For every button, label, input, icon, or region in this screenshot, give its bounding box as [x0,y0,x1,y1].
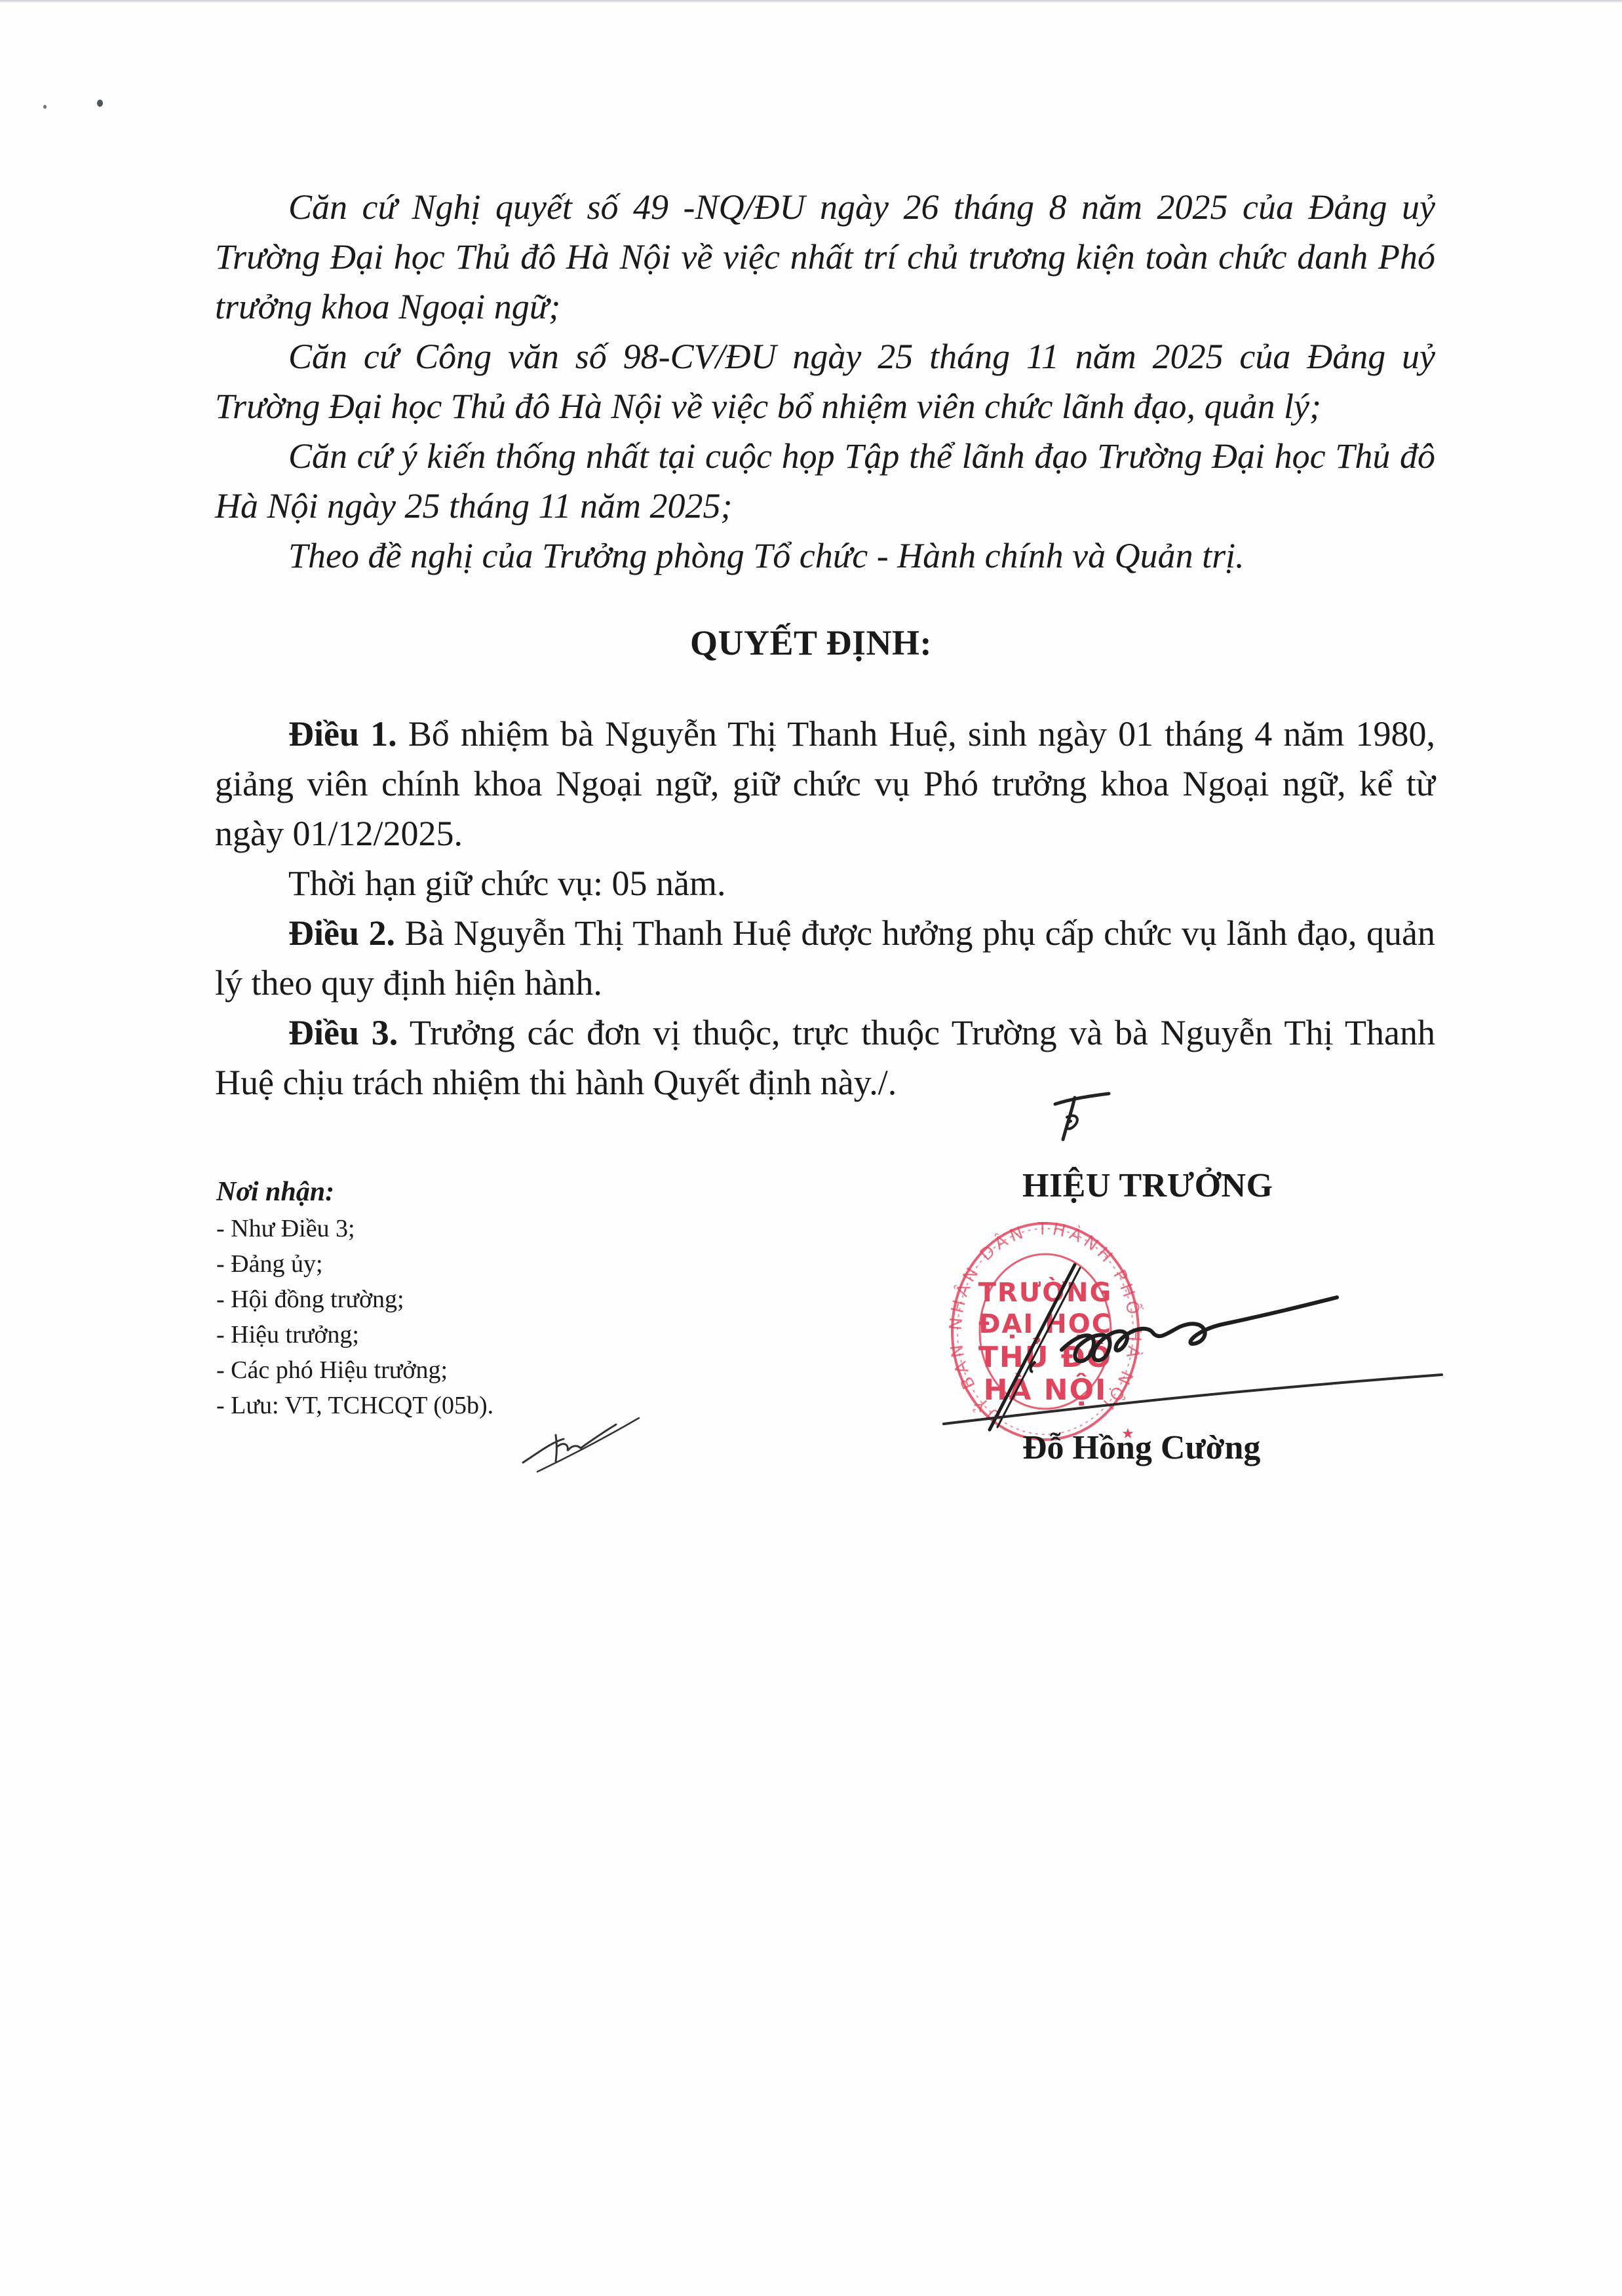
document-page: Căn cứ Nghị quyết số 49 -NQ/ĐU ngày 26 t… [0,0,1622,2296]
recipient-item: - Như Điều 3; [216,1211,493,1246]
scan-speck [97,100,103,107]
recipient-item: - Hội đồng trường; [216,1282,493,1317]
stamp-line: THỦ ĐÔ [947,1341,1144,1374]
scan-speck [43,105,47,109]
recipient-item: - Đảng ủy; [216,1246,493,1282]
decision-heading: QUYẾT ĐỊNH: [0,622,1622,663]
stamp-line: HÀ NỘI [947,1373,1144,1407]
initials-icon [518,1415,642,1474]
recipients-title: Nơi nhận: [216,1173,493,1211]
recipient-item: - Các phó Hiệu trưởng; [216,1352,493,1388]
article-label: Điều 3. [288,1013,398,1052]
signature-block: UỶ BAN NHÂN DÂN THÀNH PHỐ HÀ NỘI ★ TRƯỜN… [931,1166,1455,1494]
article-label: Điều 1. [288,714,397,754]
article-text: Trưởng các đơn vị thuộc, trực thuộc Trườ… [215,1013,1435,1102]
legal-bases: Căn cứ Nghị quyết số 49 -NQ/ĐU ngày 26 t… [215,182,1435,581]
recipient-item: - Hiệu trưởng; [216,1317,493,1352]
article-text: Bổ nhiệm bà Nguyễn Thị Thanh Huệ, sinh n… [215,714,1435,853]
signer-title: HIỆU TRƯỞNG [1022,1166,1273,1205]
articles: Điều 1. Bổ nhiệm bà Nguyễn Thị Thanh Huệ… [215,709,1435,1107]
recipient-item: - Lưu: VT, TCHCQT (05b). [216,1388,493,1423]
stamp-line: ĐẠI HỌC [947,1309,1144,1339]
recipients-block: Nơi nhận: - Như Điều 3; - Đảng ủy; - Hội… [216,1173,493,1423]
stamp-line: TRƯỜNG [947,1278,1144,1308]
article-2: Điều 2. Bà Nguyễn Thị Thanh Huệ được hưở… [215,908,1435,1008]
legal-basis: Theo đề nghị của Trưởng phòng Tổ chức - … [215,531,1435,581]
article-1: Điều 1. Bổ nhiệm bà Nguyễn Thị Thanh Huệ… [215,709,1435,858]
article-text: Thời hạn giữ chức vụ: 05 năm. [288,864,725,903]
legal-basis: Căn cứ Công văn số 98-CV/ĐU ngày 25 thán… [215,332,1435,431]
signer-name: Đỗ Hồng Cường [1022,1428,1260,1467]
legal-basis: Căn cứ Nghị quyết số 49 -NQ/ĐU ngày 26 t… [215,182,1435,332]
legal-basis: Căn cứ ý kiến thống nhất tại cuộc họp Tậ… [215,431,1435,531]
article-label: Điều 2. [288,913,395,953]
article-text: Bà Nguyễn Thị Thanh Huệ được hưởng phụ c… [215,913,1435,1003]
article-1-term: Thời hạn giữ chức vụ: 05 năm. [215,858,1435,908]
scan-edge [0,0,1622,3]
article-3: Điều 3. Trưởng các đơn vị thuộc, trực th… [215,1008,1435,1107]
